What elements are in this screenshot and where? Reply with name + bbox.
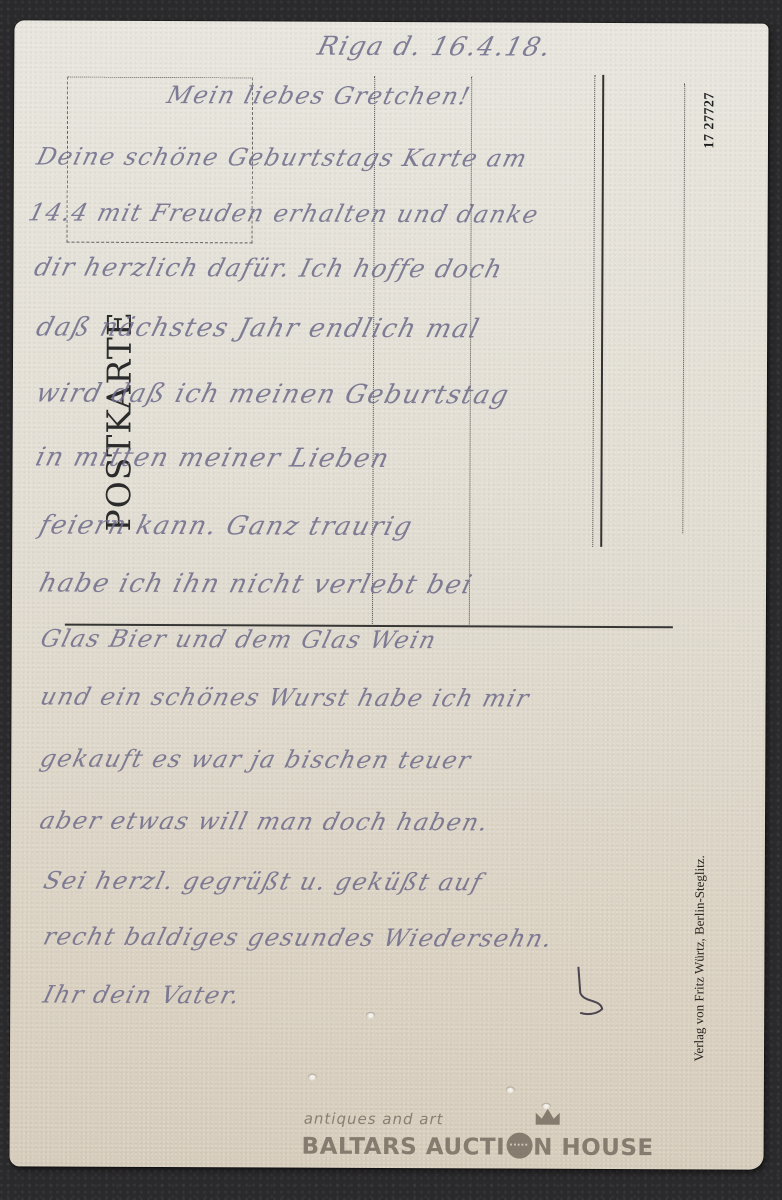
handwritten-line: aber etwas will man doch haben. (37, 806, 492, 836)
postkarte-text: POSTKARTE (99, 311, 139, 532)
handwritten-line: wird daß ich meinen Geburtstag (33, 378, 513, 410)
watermark-logo: BALTARS AUCTIN HOUSE (302, 1132, 654, 1162)
postcard: POSTKARTE 17 27727 Verlag von Fritz Würt… (10, 20, 769, 1169)
handwritten-line: und ein schönes Wurst habe ich mir (37, 682, 533, 712)
publisher-imprint: Verlag von Fritz Würtz, Berlin-Steglitz. (686, 793, 713, 1123)
handwritten-line: Glas Bier und dem Glas Wein (38, 624, 440, 654)
handwritten-line: Ihr dein Vater. (40, 981, 244, 1010)
handwritten-line: gekauft es war ja bischen teuer (37, 744, 475, 774)
pin-hole (308, 1074, 317, 1081)
handwritten-line: Mein liebes Gretchen! (164, 81, 474, 110)
crown-icon (534, 1107, 562, 1127)
watermark-name-part2: N HOUSE (533, 1135, 654, 1162)
publisher-imprint-text: Verlag von Fritz Würtz, Berlin-Steglitz. (691, 855, 708, 1061)
handwritten-line: 14.4 mit Freuden erhalten und danke (26, 198, 543, 228)
divider-dotted-right (682, 83, 685, 533)
pin-hole (366, 1012, 375, 1019)
handwritten-date: Riga d. 16.4.18. (314, 32, 555, 63)
handwritten-line: in mitten meiner Lieben (33, 442, 394, 474)
serial-number: 17 27727 (698, 85, 722, 155)
watermark-name-part1: BALTARS AUCTI (302, 1134, 506, 1161)
handwritten-line: Deine schöne Geburtstags Karte am (34, 142, 531, 172)
handwritten-line: recht baldiges gesundes Wiedersehn. (40, 923, 556, 953)
watermark-o-medallion-icon (506, 1133, 532, 1159)
watermark-tagline: antiques and art (304, 1110, 504, 1129)
handwritten-line: Sei herzl. gegrüßt u. geküßt auf (41, 867, 486, 897)
handwritten-line: habe ich ihn nicht verlebt bei (36, 568, 476, 600)
handwritten-line: daß nächstes Jahr endlich mal (33, 312, 483, 344)
pin-hole (506, 1087, 515, 1094)
divider-dotted-3 (592, 75, 595, 547)
handwritten-line: feiern kann. Ganz traurig (36, 510, 416, 542)
serial-number-text: 17 27727 (702, 92, 718, 149)
handwritten-line: dir herzlich dafür. Ich hoffe doch (31, 252, 506, 283)
handwritten-arrow-icon (570, 963, 610, 1023)
divider-solid-center (600, 75, 604, 547)
